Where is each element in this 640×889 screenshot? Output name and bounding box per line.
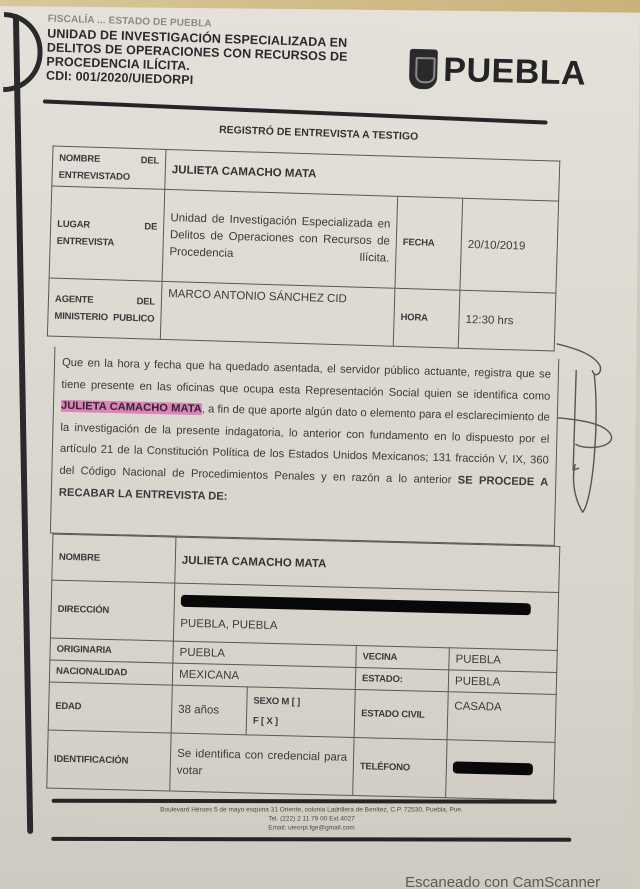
phone-label: TELÉFONO (353, 738, 447, 798)
sex-female-checkbox: F [ X ] (253, 711, 348, 733)
narrative-text: Que en la hora y fecha que ha quedado as… (61, 357, 551, 403)
logo-text: PUEBLA (443, 50, 587, 93)
civil-value: CASADA (447, 692, 556, 743)
scanner-watermark: Escaneado con CamScanner (405, 874, 600, 889)
phone-value (446, 740, 555, 801)
document-title: REGISTRÓ DE ENTREVISTA A TESTIGO (169, 122, 469, 144)
binder-emblem-icon (3, 12, 43, 92)
header-institution: FISCALÍA ... ESTADO DE PUEBLA UNIDAD DE … (46, 13, 388, 94)
address-line2: PUEBLA, PUEBLA (180, 618, 551, 639)
puebla-logo: PUEBLA (409, 49, 587, 94)
interviewee-label: NOMBRE DEL ENTREVISTADO (52, 146, 166, 189)
footer-address: Boulevard Héroes 5 de mayo esquina 31 Or… (52, 805, 572, 814)
name-label: NOMBRE (52, 534, 176, 583)
phone-redaction (453, 761, 533, 775)
narrative-paragraph: Que en la hora y fecha que ha quedado as… (50, 347, 559, 546)
state-label: ESTADO: (355, 668, 449, 692)
age-label: EDAD (48, 682, 172, 733)
header-divider (43, 99, 548, 124)
age-value: 38 años (171, 685, 247, 735)
id-label: IDENTIFICACIÓN (47, 730, 171, 791)
origin-label: ORIGINARIA (50, 638, 174, 663)
highlighted-name: JULIETA CAMACHO MATA (61, 400, 202, 415)
coat-of-arms-icon (409, 49, 438, 90)
address-redaction (181, 595, 531, 616)
date-value: 20/10/2019 (460, 198, 559, 293)
place-label: LUGAR DE ENTREVISTA (49, 186, 165, 281)
sex-field: SEXO M [ ] F [ X ] (246, 687, 355, 738)
margin-rule (13, 14, 33, 834)
place-value: Unidad de Investigación Especializada en… (162, 189, 398, 288)
footer-divider-top (52, 799, 557, 804)
agent-value: MARCO ANTONIO SÁNCHEZ CID (160, 281, 395, 346)
state-value: PUEBLA (448, 670, 557, 695)
time-label: HORA (393, 288, 460, 348)
scanned-page: FISCALÍA ... ESTADO DE PUEBLA UNIDAD DE … (0, 6, 640, 889)
id-value: Se identifica con credencial para votar (170, 733, 354, 795)
date-label: FECHA (395, 196, 463, 290)
signature-icon (553, 340, 625, 521)
sex-male-checkbox: SEXO M [ ] (253, 691, 348, 713)
resident-value: PUEBLA (449, 648, 558, 673)
time-value: 12:30 hrs (458, 290, 556, 351)
civil-label: ESTADO CIVIL (354, 690, 448, 740)
footer-contact: Boulevard Héroes 5 de mayo esquina 31 Or… (52, 805, 572, 832)
resident-label: VECINA (356, 646, 450, 670)
address-value: PUEBLA, PUEBLA (173, 583, 558, 650)
nationality-label: NACIONALIDAD (49, 660, 173, 685)
agent-label: AGENTE DEL MINISTERIO PUBLICO (47, 278, 162, 339)
interview-table: NOMBRE DEL ENTREVISTADO JULIETA CAMACHO … (47, 146, 560, 352)
address-label: DIRECCIÓN (50, 580, 174, 641)
footer-email: Email: uieorpi.fge@gmail.com (52, 823, 572, 832)
footer-divider-bottom (51, 837, 571, 842)
footer-phone: Tel. (222) 2 11 79 00 Ext 4027 (52, 814, 572, 823)
witness-table: NOMBRE JULIETA CAMACHO MATA DIRECCIÓN PU… (46, 534, 560, 801)
